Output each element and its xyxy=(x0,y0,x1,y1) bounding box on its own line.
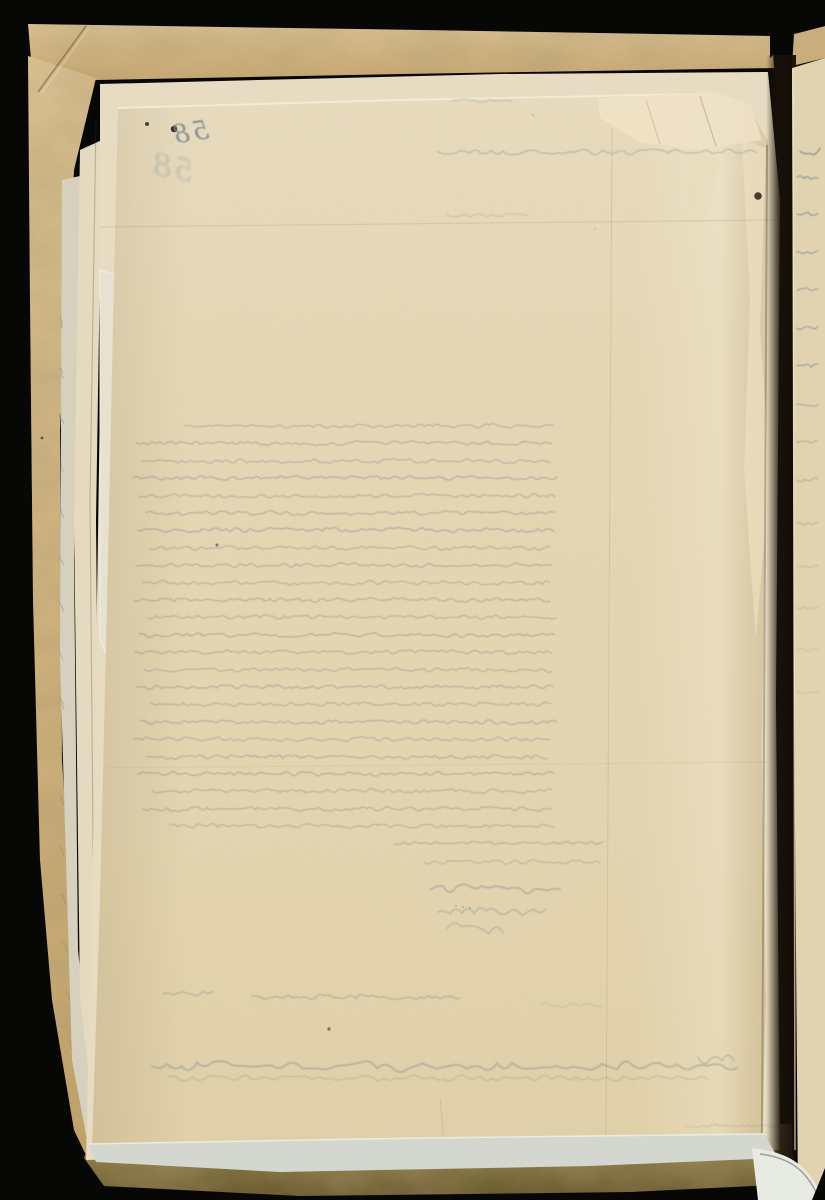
manuscript-scan xyxy=(0,0,825,1200)
main-page xyxy=(92,92,778,1150)
facing-page xyxy=(765,0,825,1200)
folio-number-showthrough: 58 xyxy=(168,115,211,151)
manuscript-scan-stage: 58 58 xyxy=(0,0,825,1200)
